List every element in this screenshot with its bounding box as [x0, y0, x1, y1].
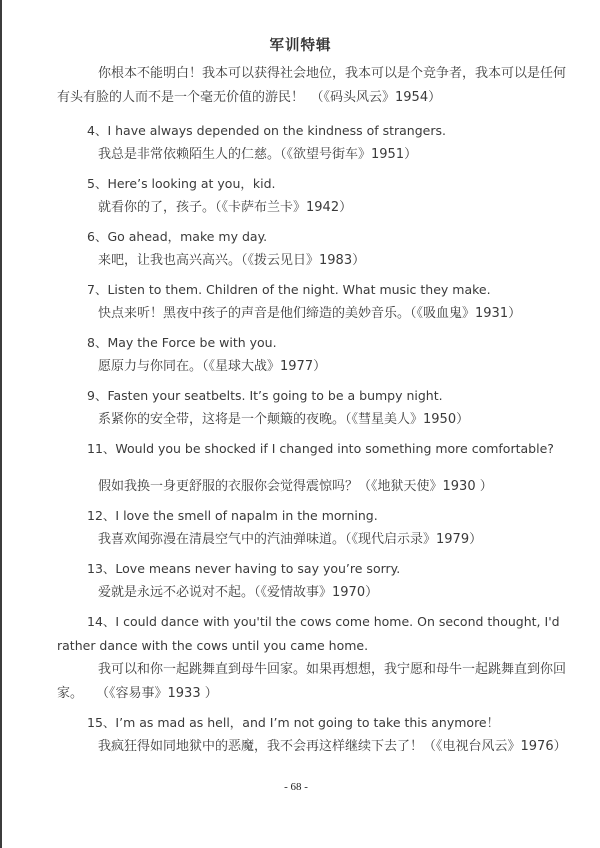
quote-item: 5、Here’s looking at you，kid.就看你的了，孩子。（《卡… [57, 172, 544, 220]
quote-item: 13、Love means never having to say you’re… [57, 557, 544, 605]
quote-chinese-line: 我可以和你一起跳舞直到母牛回家。如果再想想，我宁愿和母牛一起跳舞直到你回 [57, 658, 544, 682]
quote-english-line: 13、Love means never having to say you’re… [57, 557, 544, 581]
document-page: 军训特辑 你根本不能明白！我本可以获得社会地位，我本可以是个竞争者，我本可以是任… [0, 0, 600, 848]
quote-english-line: 8、May the Force be with you. [57, 331, 544, 355]
quote-item: 9、Fasten your seatbelts. It’s going to b… [57, 384, 544, 432]
quote-item: 6、Go ahead，make my day.来吧，让我也高兴高兴。（《拨云见日… [57, 225, 544, 273]
quote-chinese-line: 家。 （《容易事》1933 ） [57, 682, 544, 706]
quote-chinese-line: 快点来听！黑夜中孩子的声音是他们缔造的美妙音乐。（《吸血鬼》1931） [57, 302, 544, 326]
quote-english-line: 12、I love the smell of napalm in the mor… [57, 504, 544, 528]
intro-paragraph-line: 你根本不能明白！我本可以获得社会地位，我本可以是个竞争者，我本可以是任何 [57, 62, 544, 86]
quote-english-line: 5、Here’s looking at you，kid. [57, 172, 544, 196]
quote-item: 14、I could dance with you'til the cows c… [57, 610, 544, 706]
quote-item: 8、May the Force be with you.愿原力与你同在。（《星球… [57, 331, 544, 379]
quote-english-line: 14、I could dance with you'til the cows c… [57, 610, 544, 634]
quote-english-line: rather dance with the cows until you cam… [57, 634, 544, 658]
quote-english-line: 9、Fasten your seatbelts. It’s going to b… [57, 384, 544, 408]
quote-chinese-line: 愿原力与你同在。（《星球大战》1977） [57, 355, 544, 379]
intro-paragraph: 你根本不能明白！我本可以获得社会地位，我本可以是个竞争者，我本可以是任何 有头有… [57, 62, 544, 110]
intro-paragraph-line: 有头有脸的人而不是一个毫无价值的游民！ （《码头风云》1954） [57, 86, 544, 110]
quote-english-line: 6、Go ahead，make my day. [57, 225, 544, 249]
quote-item: 12、I love the smell of napalm in the mor… [57, 504, 544, 552]
blank-line-spacer [57, 461, 544, 475]
page-title: 军训特辑 [57, 34, 544, 58]
quote-english-line: 4、I have always depended on the kindness… [57, 119, 544, 143]
page-number: - 68 - [0, 781, 592, 793]
quote-chinese-line: 我疯狂得如同地狱中的恶魔，我不会再这样继续下去了！（《电视台风云》1976） [57, 735, 544, 759]
quote-chinese-line: 假如我换一身更舒服的衣服你会觉得震惊吗？（《地狱天使》1930 ） [57, 475, 544, 499]
page-left-edge-line [0, 0, 2, 848]
quote-item: 15、I’m as mad as hell，and I’m not going … [57, 711, 544, 759]
page-content: 军训特辑 你根本不能明白！我本可以获得社会地位，我本可以是个竞争者，我本可以是任… [57, 34, 544, 764]
quote-chinese-line: 我总是非常依赖陌生人的仁慈。（《欲望号街车》1951） [57, 143, 544, 167]
quote-chinese-line: 系紧你的安全带，这将是一个颠簸的夜晚。（《彗星美人》1950） [57, 408, 544, 432]
quote-item: 7、Listen to them. Children of the night.… [57, 278, 544, 326]
quote-chinese-line: 就看你的了，孩子。（《卡萨布兰卡》1942） [57, 196, 544, 220]
quote-item: 11、Would you be shocked if I changed int… [57, 437, 544, 499]
quote-item: 4、I have always depended on the kindness… [57, 119, 544, 167]
quote-chinese-line: 来吧，让我也高兴高兴。（《拨云见日》1983） [57, 249, 544, 273]
quote-english-line: 15、I’m as mad as hell，and I’m not going … [57, 711, 544, 735]
quotes-list: 4、I have always depended on the kindness… [57, 119, 544, 759]
quote-chinese-line: 爱就是永远不必说对不起。（《爱情故事》1970） [57, 581, 544, 605]
quote-chinese-line: 我喜欢闻弥漫在清晨空气中的汽油弹味道。（《现代启示录》1979） [57, 528, 544, 552]
quote-english-line: 11、Would you be shocked if I changed int… [57, 437, 544, 461]
quote-english-line: 7、Listen to them. Children of the night.… [57, 278, 544, 302]
